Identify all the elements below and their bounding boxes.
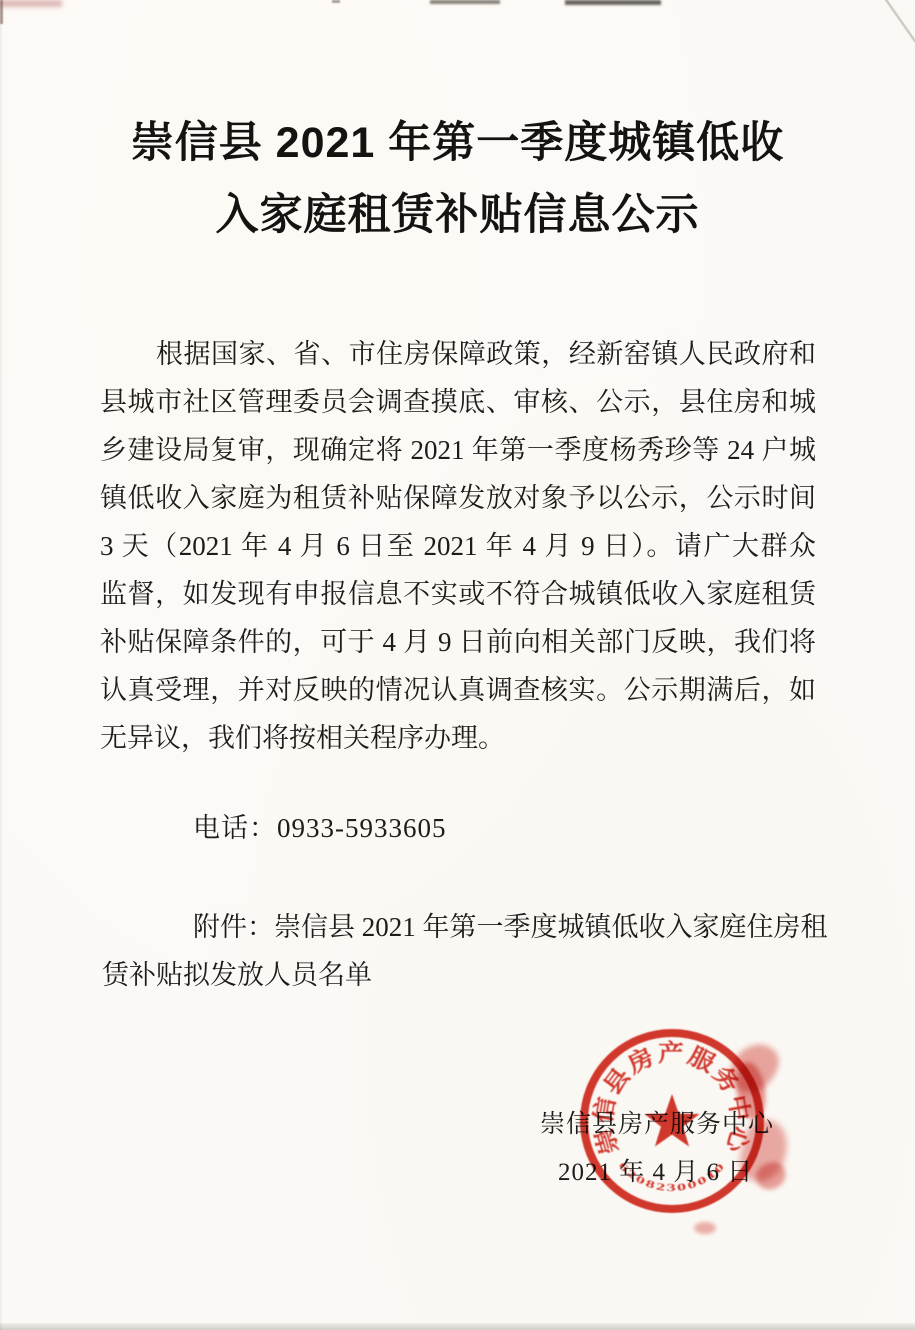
body-line-5: 3 天（2021 年 4 月 6 日至 2021 年 4 月 9 日）。请广大群… bbox=[100, 522, 816, 570]
body-line-1: 根据国家、省、市住房保障政策，经新窑镇人民政府和 bbox=[100, 330, 816, 378]
document-title-line-1: 崇信县 2021 年第一季度城镇低收 bbox=[0, 107, 915, 179]
document-title: 崇信县 2021 年第一季度城镇低收 入家庭租赁补贴信息公示 bbox=[0, 107, 915, 251]
contact-phone-line: 电话：0933-5933605 bbox=[193, 810, 447, 846]
scan-dot-top-edge bbox=[332, 0, 340, 3]
scan-shadow-bottom-edge bbox=[0, 1323, 915, 1330]
body-paragraph: 根据国家、省、市住房保障政策，经新窑镇人民政府和 县城市社区管理委员会调查摸底、… bbox=[100, 330, 816, 762]
seal-serial-number: 62082300010 bbox=[616, 1160, 728, 1194]
scanned-document-page: 崇信县 2021 年第一季度城镇低收 入家庭租赁补贴信息公示 根据国家、省、市住… bbox=[0, 0, 915, 1330]
official-seal: 崇信县房产服务中心 62082300010 bbox=[579, 1028, 765, 1214]
scan-dash-top-edge-2 bbox=[565, 0, 661, 5]
seal-star-icon bbox=[644, 1094, 699, 1147]
scan-dash-top-edge-1 bbox=[430, 0, 500, 4]
scan-streak-left-edge bbox=[0, 0, 3, 24]
scan-smudge-top-left bbox=[0, 0, 62, 7]
seal-ink-smudge-5 bbox=[694, 1222, 716, 1234]
body-line-7: 补贴保障条件的，可于 4 月 9 日前向相关部门反映，我们将 bbox=[100, 618, 816, 666]
body-line-9: 无异议，我们将按相关程序办理。 bbox=[100, 714, 816, 762]
body-line-8: 认真受理，并对反映的情况认真调查核实。公示期满后，如 bbox=[100, 666, 816, 714]
attachment-line-1: 附件：崇信县 2021 年第一季度城镇低收入家庭住房租 bbox=[102, 903, 822, 951]
attachment-note: 附件：崇信县 2021 年第一季度城镇低收入家庭住房租 赁补贴拟发放人员名单 bbox=[102, 903, 822, 999]
body-line-6: 监督，如发现有申报信息不实或不符合城镇低收入家庭租赁 bbox=[100, 570, 816, 618]
body-line-3: 乡建设局复审，现确定将 2021 年第一季度杨秀珍等 24 户城 bbox=[100, 426, 816, 474]
body-line-4: 镇低收入家庭为租赁补贴保障发放对象予以公示，公示时间 bbox=[100, 474, 816, 522]
body-line-2: 县城市社区管理委员会调查摸底、审核、公示，县住房和城 bbox=[100, 378, 816, 426]
attachment-line-2: 赁补贴拟发放人员名单 bbox=[102, 951, 822, 999]
paper-crease-top-right bbox=[884, 0, 915, 55]
document-title-line-2: 入家庭租赁补贴信息公示 bbox=[0, 179, 915, 251]
